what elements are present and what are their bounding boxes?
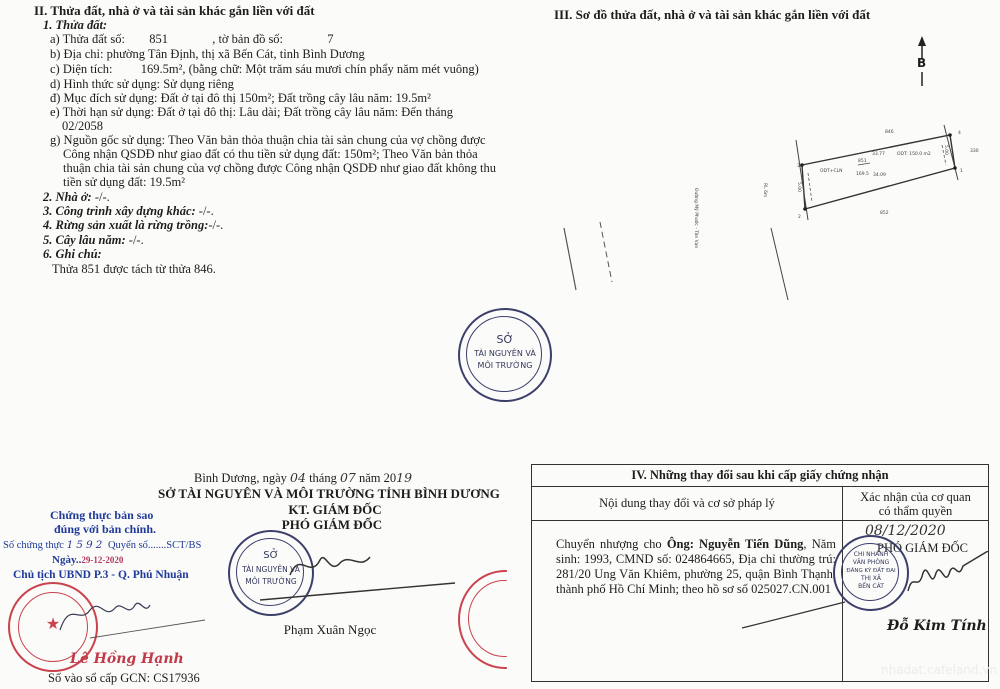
left-width: 5.00 <box>796 182 802 192</box>
map-sheet-number: 7 <box>327 32 333 46</box>
date-day: 04 <box>290 470 306 485</box>
land-code-right: ODT: 150.0 m2 <box>897 151 931 157</box>
item-value: -/-. <box>208 218 223 232</box>
cert-number-label: Số chứng thực <box>3 540 64 551</box>
cert-date-row: Ngày..29-12-2020 <box>52 553 123 567</box>
map-sheet-label: , tờ bản đồ số: <box>212 32 283 46</box>
date-year: 19 <box>396 470 412 485</box>
area-label: c) Diện tích: <box>50 62 112 76</box>
item-perennial: 5. Cây lâu năm: -/-. <box>43 233 144 247</box>
cert-number: 1592 <box>67 539 106 551</box>
corner-4: 1 <box>960 168 963 174</box>
usage-origin-2: Công nhận QSDĐ như giao đất có thu tiền … <box>63 147 478 161</box>
cert-line-1: Chứng thực bản sao <box>50 508 153 522</box>
department-stamp: SỞ TÀI NGUYÊN VÀ MÔI TRƯỜNG <box>458 308 552 402</box>
stamp-line-2: TÀI NGUYÊN VÀ <box>460 348 550 359</box>
section-4-title: IV. Những thay đổi sau khi cấp giấy chứn… <box>532 465 989 487</box>
usage-term: e) Thời hạn sử dụng: Đất ở tại đô thị: L… <box>50 105 453 119</box>
land-heading: 1. Thửa đất: <box>43 18 107 32</box>
item-other-construction: 3. Công trình xây dựng khác: -/-. <box>43 204 214 218</box>
month-label: tháng <box>309 471 337 485</box>
item-house: 2. Nhà ở: -/-. <box>43 190 110 204</box>
north-arrow: B <box>912 34 932 90</box>
signer-name: Phạm Xuân Ngọc <box>260 623 400 637</box>
stamp-line-4: THỊ XÃ <box>835 575 907 583</box>
land-code-left: ODT+CLN <box>820 168 843 174</box>
note-text: Thửa 851 được tách từ thửa 846. <box>52 262 216 276</box>
signature-scribble <box>230 545 460 605</box>
neighbor-right-label: 330 <box>970 148 979 154</box>
area-label: 169.5 <box>856 171 869 177</box>
cert-signer: Lê Hồng Hạnh <box>70 652 184 666</box>
parcel-sketch: 846 852 330 ODT+CLN 851 169.5 33.77 34.0… <box>540 120 1000 300</box>
section-3-title: III. Sơ đồ thửa đất, nhà ở và tài sản kh… <box>554 7 870 23</box>
changes-table: IV. Những thay đổi sau khi cấp giấy chứn… <box>531 464 989 682</box>
stamp-line-3: ĐĂNG KÝ ĐẤT ĐAI <box>835 567 907 575</box>
item-forest: 4. Rừng sản xuất là rừng trồng:-/-. <box>43 218 223 232</box>
confirm-signature <box>903 551 993 601</box>
usage-term-cont: 02/2058 <box>62 119 103 133</box>
date-month: 07 <box>340 470 356 485</box>
address: b) Địa chỉ: phường Tân Định, thị xã Bến … <box>50 47 365 61</box>
cert-authority: Chủ tịch UBND P.3 - Q. Phú Nhuận <box>13 568 189 582</box>
parcel-number-row: a) Thửa đất số: 851 , tờ bản đồ số: 7 <box>50 32 334 46</box>
neighbor-bottom-label: 852 <box>880 210 889 216</box>
transfer-signature-line <box>740 600 850 630</box>
cert-number-row: Số chứng thực 1592 Quyển số.......SCT/BS <box>3 538 201 553</box>
item-label: 5. Cây lâu năm: <box>43 233 126 247</box>
confirmation-cell: 08/12/2020 PHÓ GIÁM ĐỐC CHI NHÁNH VĂN PH… <box>843 521 989 682</box>
neighbor-top-label: 846 <box>885 129 894 135</box>
top-length: 33.77 <box>872 151 885 157</box>
parcel-label: 851 <box>858 158 867 164</box>
item-label: 6. Ghi chú: <box>43 247 102 261</box>
item-value: -/-. <box>92 190 110 204</box>
item-notes: 6. Ghi chú: <box>43 247 102 261</box>
usage-purpose: đ) Mục đích sử dụng: Đất ở tại đô thị 15… <box>50 91 431 105</box>
road-label-rl: RL 6m <box>762 183 768 197</box>
cert-book: SCT/BS <box>166 540 201 551</box>
cert-date-label: Ngày <box>52 554 76 566</box>
section-2-title: II. Thửa đất, nhà ở và tài sản khác gắn … <box>34 3 315 19</box>
usage-origin-4: tiền sử dụng đất: 19.5m² <box>63 175 185 189</box>
item-label: 2. Nhà ở: <box>43 190 92 204</box>
parcel-label: a) Thửa đất số: <box>50 32 125 46</box>
gcn-register: Số vào sổ cấp GCN: CS17936 <box>48 671 200 685</box>
usage-origin-3: thuận chia tài sản chung của vợ chồng đư… <box>63 161 496 175</box>
confirm-signer: Đỗ Kim Tính <box>887 618 987 634</box>
corner-2: 2 <box>798 214 801 220</box>
item-value: -/-. <box>126 233 144 247</box>
stamp-line-2: VĂN PHÒNG <box>835 559 907 567</box>
right-width: 5.00 <box>943 145 949 155</box>
issuing-org: SỞ TÀI NGUYÊN VÀ MÔI TRƯỜNG TỈNH BÌNH DƯ… <box>158 487 500 501</box>
watermark: nhadat.cafeland.vn <box>881 663 997 677</box>
area-value: 169.5m², (bằng chữ: Một trăm sáu mươi ch… <box>141 62 479 76</box>
item-label: 4. Rừng sản xuất là rừng trồng: <box>43 218 208 232</box>
new-owner-name: Ông: Nguyễn Tiến Dũng <box>667 537 804 551</box>
col-header-confirmation: Xác nhận của cơ quan có thẩm quyền <box>843 487 989 521</box>
north-label: B <box>917 56 926 70</box>
parcel-number: 851 <box>149 32 168 46</box>
area-row: c) Diện tích: 169.5m², (bằng chữ: Một tr… <box>50 62 479 76</box>
change-prefix: Chuyển nhượng cho <box>556 537 667 551</box>
bottom-length: 34.09 <box>873 172 886 178</box>
year-label: năm 20 <box>359 471 396 485</box>
usage-origin: g) Nguồn gốc sử dụng: Theo Văn bản thỏa … <box>50 133 486 147</box>
stamp-line-1: CHI NHÁNH <box>835 551 907 559</box>
signer-role-2: PHÓ GIÁM ĐỐC <box>262 518 402 532</box>
place-date-prefix: Bình Dương, ngày <box>194 471 287 485</box>
stamp-line-1: SỞ <box>460 334 550 345</box>
cert-signature <box>40 590 210 640</box>
cert-line-2: đúng với bản chính. <box>54 522 156 536</box>
usage-form: d) Hình thức sử dụng: Sử dụng riêng <box>50 77 234 91</box>
col-header-content: Nội dung thay đổi và cơ sở pháp lý <box>532 487 843 521</box>
stamp-line-3: MÔI TRƯỜNG <box>460 360 550 371</box>
corner-1: 3 <box>797 163 800 169</box>
item-label: 3. Công trình xây dựng khác: <box>43 204 196 218</box>
cert-date: 29-12-2020 <box>81 555 123 565</box>
col-header-confirm-1: Xác nhận của cơ quan <box>844 490 987 504</box>
stamp-line-5: BẾN CÁT <box>835 583 907 591</box>
cert-book-label: Quyển số <box>108 540 148 551</box>
item-value: -/-. <box>196 204 214 218</box>
col-header-confirm-2: có thẩm quyền <box>844 504 987 518</box>
place-date: Bình Dương, ngày 04 tháng 07 năm 2019 <box>194 471 412 485</box>
road-label-main: Đường Mỹ Phước - Tân Vạn <box>693 188 700 248</box>
corner-3: 4 <box>958 130 961 136</box>
signer-role-1: KT. GIÁM ĐỐC <box>265 503 405 517</box>
